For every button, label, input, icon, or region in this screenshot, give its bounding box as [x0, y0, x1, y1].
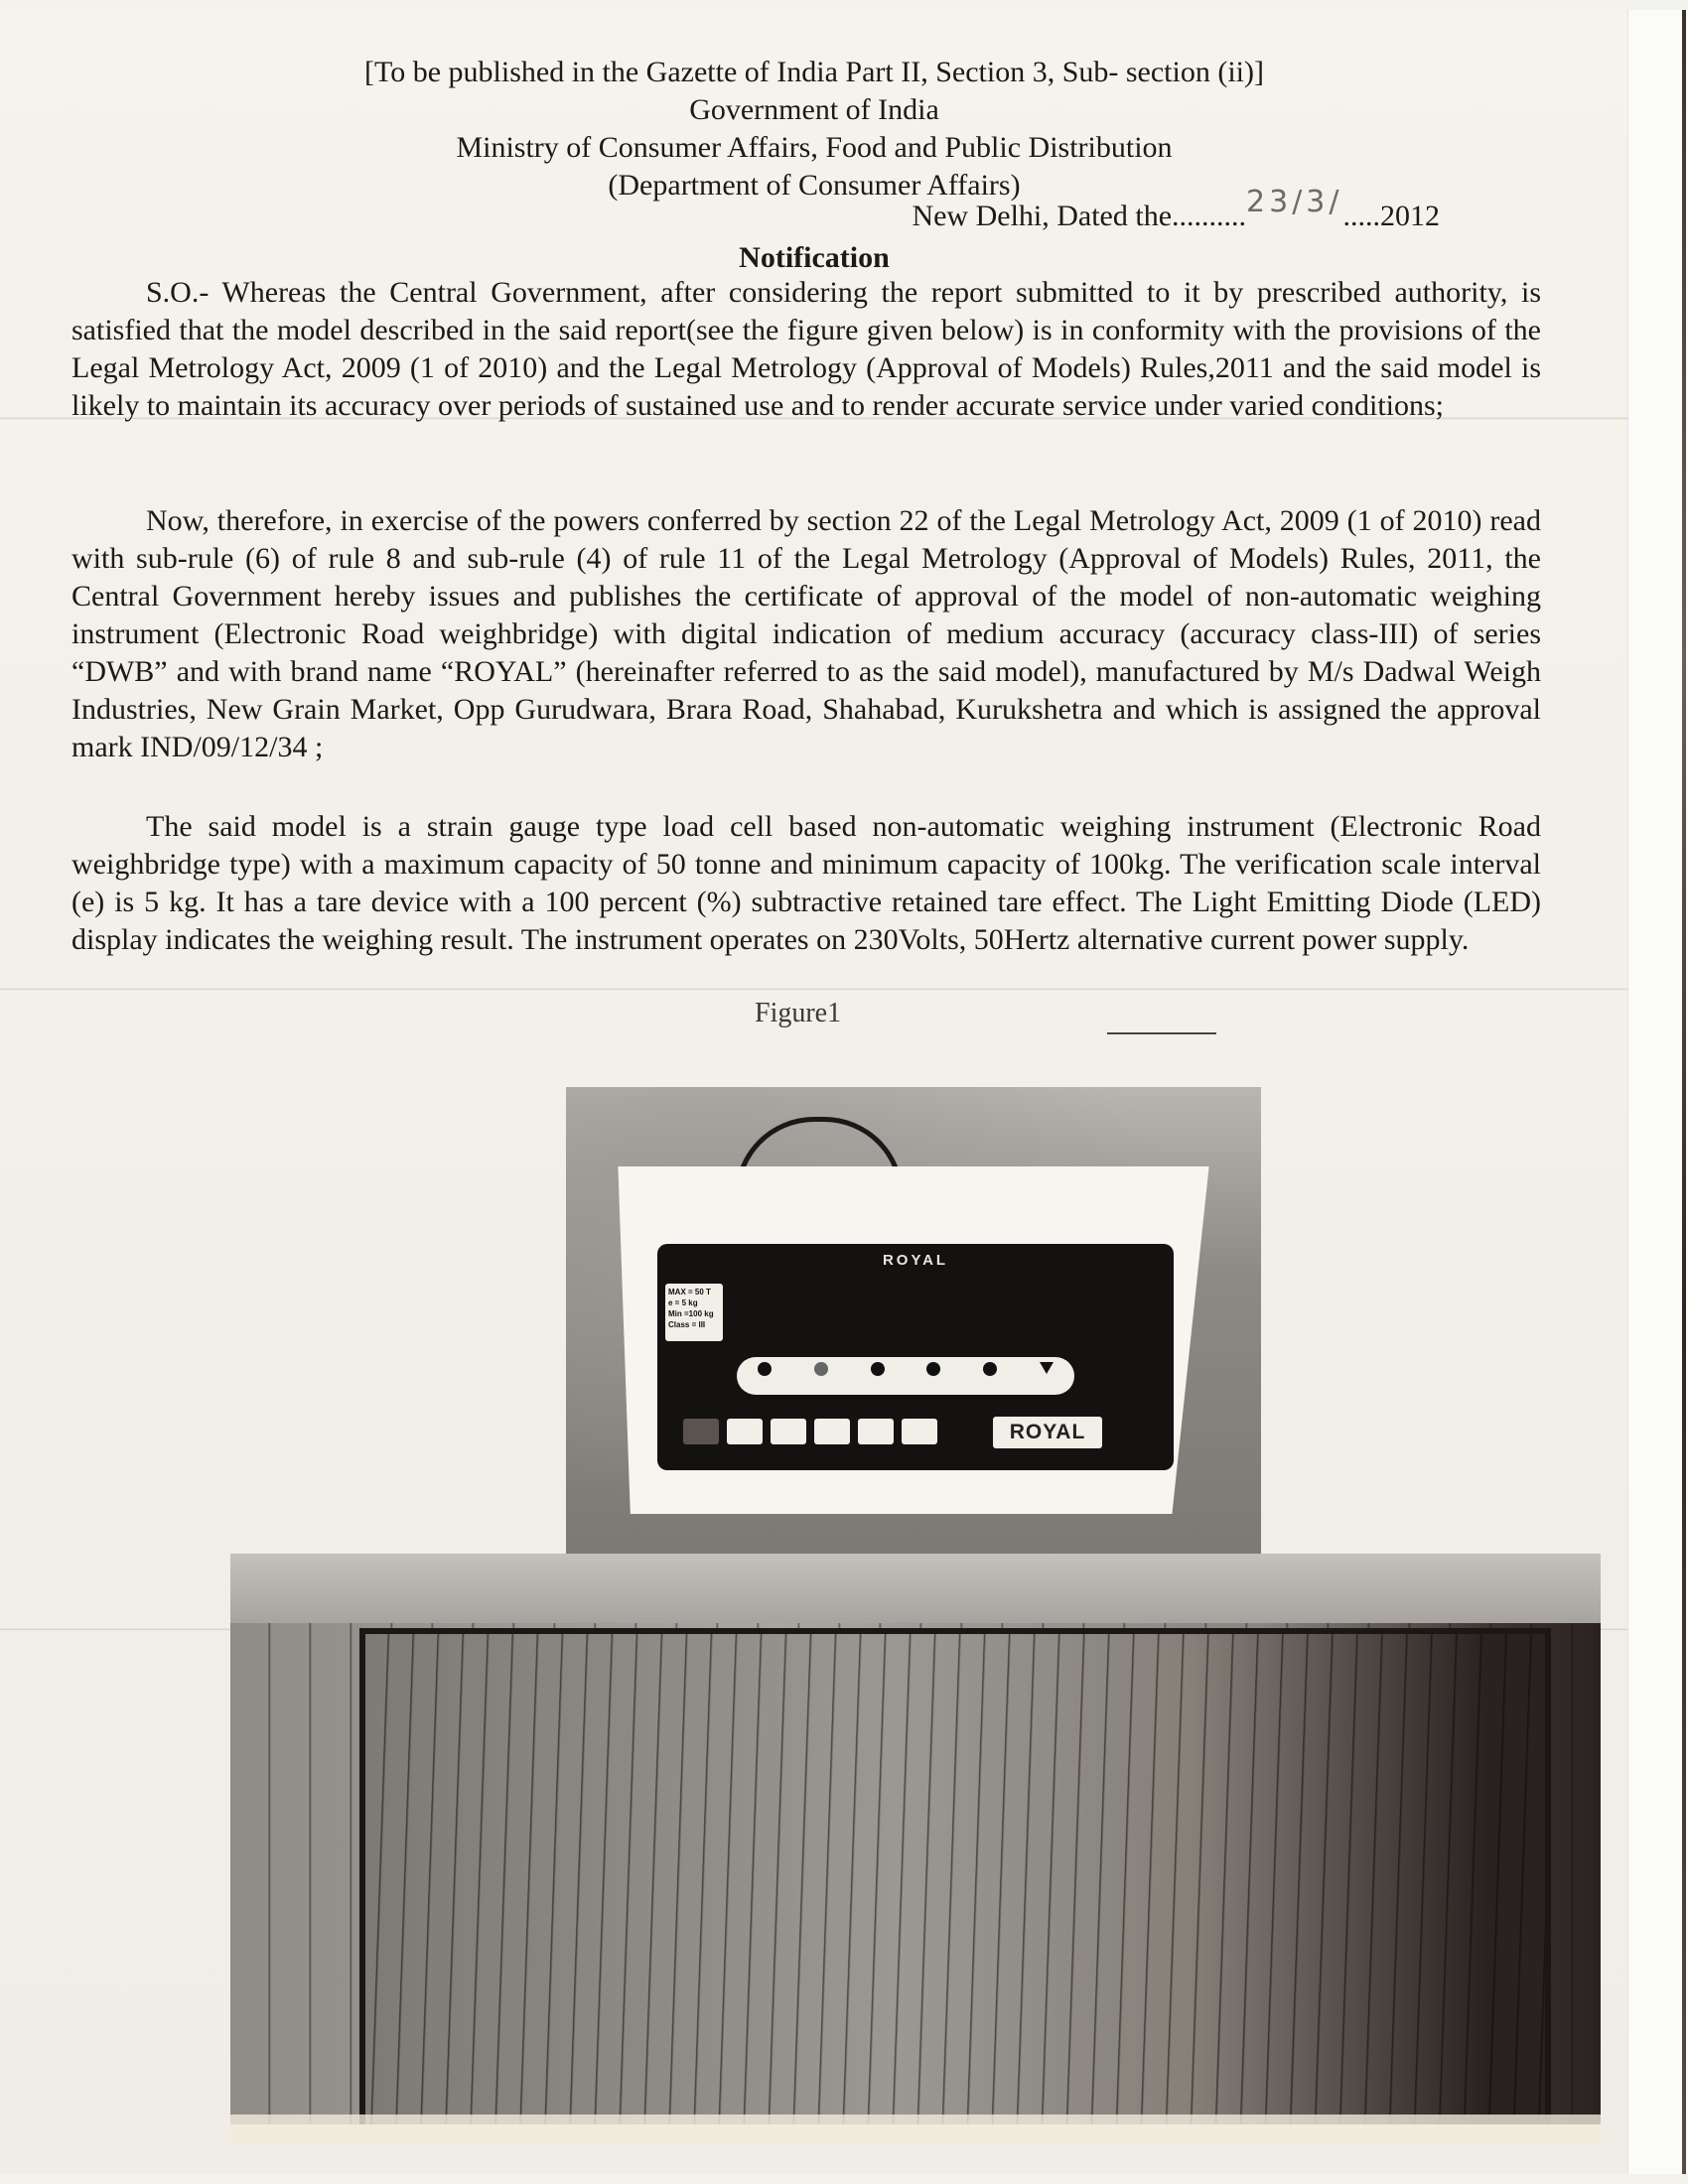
key [727, 1419, 763, 1444]
date-dots: ..... [1343, 200, 1381, 232]
weighbridge-platform-photo [230, 1554, 1601, 2124]
document-page: [To be published in the Gazette of India… [0, 10, 1628, 2174]
spec-e: e = 5 kg [668, 1297, 720, 1308]
led-strip [737, 1357, 1074, 1395]
brand-plate: ROYAL [993, 1417, 1102, 1448]
indicator-brand: ROYAL [657, 1252, 1174, 1269]
led-icon [926, 1362, 940, 1376]
paragraph-whereas: S.O.- Whereas the Central Government, af… [71, 274, 1541, 425]
keypad [683, 1419, 937, 1444]
led-icon [871, 1362, 885, 1376]
paper-fold [0, 988, 1628, 991]
led-icon [983, 1362, 997, 1376]
date-dots: .......... [1172, 200, 1246, 232]
battery-low-icon [1040, 1362, 1054, 1374]
document-header: [To be published in the Gazette of India… [0, 54, 1628, 205]
power-key [683, 1419, 719, 1444]
figure-dash [1107, 1032, 1216, 1034]
indicator-photo: ROYAL MAX = 50 T e = 5 kg Min =100 kg Cl… [566, 1087, 1261, 1554]
indicator-panel: ROYAL MAX = 50 T e = 5 kg Min =100 kg Cl… [657, 1244, 1174, 1470]
date-line: New Delhi, Dated the..........23/3/.....… [912, 199, 1440, 233]
spec-class: Class = III [668, 1319, 720, 1330]
led-icon [814, 1362, 828, 1376]
government-name: Government of India [0, 91, 1628, 129]
key [814, 1419, 850, 1444]
handwritten-date: 23/3/ [1246, 185, 1342, 219]
publication-note: [To be published in the Gazette of India… [0, 54, 1628, 91]
paragraph-text: The said model is a strain gauge type lo… [71, 810, 1541, 956]
floor-band [230, 1554, 1601, 1623]
scan-edge [1627, 10, 1688, 2174]
led-icon [758, 1362, 772, 1376]
date-year: 2012 [1380, 200, 1440, 232]
notification-title: Notification [0, 241, 1628, 275]
spec-max: MAX = 50 T [668, 1287, 720, 1297]
key [771, 1419, 806, 1444]
paragraph-model-description: The said model is a strain gauge type lo… [71, 808, 1541, 959]
figure-caption: Figure1 [755, 998, 841, 1029]
paragraph-text: Now, therefore, in exercise of the power… [71, 504, 1541, 763]
spec-min: Min =100 kg [668, 1308, 720, 1319]
key [902, 1419, 937, 1444]
ministry-name: Ministry of Consumer Affairs, Food and P… [0, 129, 1628, 167]
paragraph-text: S.O.- Whereas the Central Government, af… [71, 276, 1541, 422]
spec-label: MAX = 50 T e = 5 kg Min =100 kg Class = … [665, 1284, 723, 1341]
key [858, 1419, 894, 1444]
date-prefix: New Delhi, Dated the [912, 200, 1172, 232]
tape-strip [230, 2115, 1601, 2144]
platform-plate [359, 1628, 1551, 2124]
paragraph-now-therefore: Now, therefore, in exercise of the power… [71, 502, 1541, 766]
